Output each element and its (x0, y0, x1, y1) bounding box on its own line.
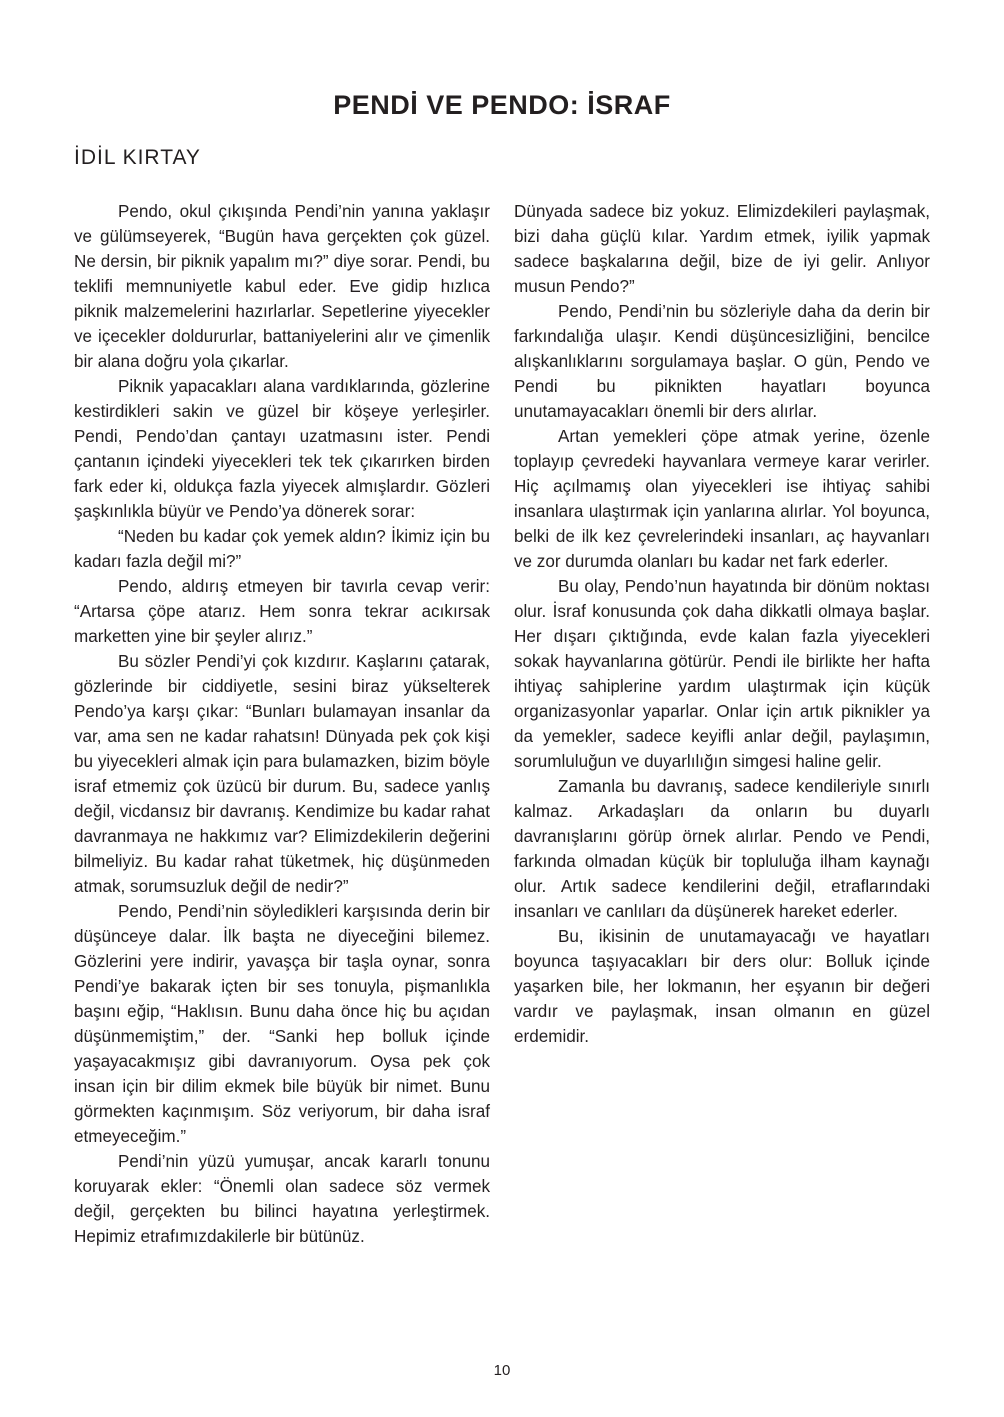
paragraph: Bu, ikisinin de unutamayacağı ve hayatla… (514, 924, 930, 1049)
paragraph: Pendo, Pendi’nin bu sözleriyle daha da d… (514, 299, 930, 424)
paragraph: Pendo, Pendi’nin söyledikleri karşısında… (74, 899, 490, 1149)
paragraph: Pendo, aldırış etmeyen bir tavırla cevap… (74, 574, 490, 649)
paragraph: Zamanla bu davranış, sadece kendileriyle… (514, 774, 930, 924)
paragraph: Pendi’nin yüzü yumuşar, ancak kararlı to… (74, 1149, 490, 1249)
paragraph: Bu sözler Pendi’yi çok kızdırır. Kaşları… (74, 649, 490, 899)
page-number: 10 (0, 1362, 1004, 1379)
author-name: İDİL KIRTAY (74, 146, 201, 170)
right-column: Dünyada sadece biz yokuz. Elimizdekileri… (514, 199, 930, 1049)
paragraph: Piknik yapacakları alana vardıklarında, … (74, 374, 490, 524)
paragraph: Bu olay, Pendo’nun hayatında bir dönüm n… (514, 574, 930, 774)
left-column: Pendo, okul çıkışında Pendi’nin yanına y… (74, 199, 490, 1249)
page-title: PENDİ VE PENDO: İSRAF (0, 90, 1004, 121)
paragraph: Pendo, okul çıkışında Pendi’nin yanına y… (74, 199, 490, 374)
paragraph: Artan yemekleri çöpe atmak yerine, özenl… (514, 424, 930, 574)
paragraph-continuation: Dünyada sadece biz yokuz. Elimizdekileri… (514, 199, 930, 299)
paragraph: “Neden bu kadar çok yemek aldın? İkimiz … (74, 524, 490, 574)
